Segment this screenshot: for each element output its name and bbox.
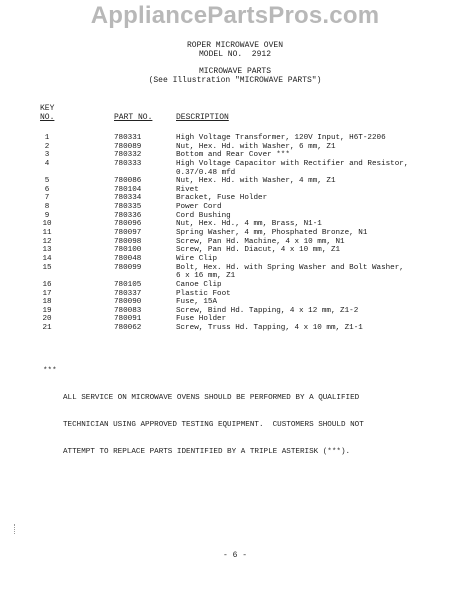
key-cell: 17 xyxy=(40,290,54,299)
table-row: 6 x 16 mm, Z1 xyxy=(0,272,470,281)
header-manufacturer: ROPER MICROWAVE OVEN xyxy=(0,41,470,50)
service-note-line2: TECHNICIAN USING APPROVED TESTING EQUIPM… xyxy=(63,421,364,430)
table-row: 7780334Bracket, Fuse Holder xyxy=(0,194,470,203)
description-cell: Bolt, Hex. Hd. with Spring Washer and Bo… xyxy=(176,264,404,273)
page-number: - 6 - xyxy=(0,551,470,560)
description-cell: Bottom and Rear Cover *** xyxy=(176,151,290,160)
key-cell: 3 xyxy=(40,151,54,160)
part-number-cell: 780083 xyxy=(114,307,141,316)
key-cell: 1 xyxy=(40,134,54,143)
part-number-cell: 780100 xyxy=(114,246,141,255)
key-cell: 12 xyxy=(40,238,54,247)
table-row: 8780335Power Cord xyxy=(0,203,470,212)
table-row: 21780062Screw, Truss Hd. Tapping, 4 x 10… xyxy=(0,324,470,333)
header-section-title: MICROWAVE PARTS xyxy=(0,67,470,76)
table-row: 19780083Screw, Bind Hd. Tapping, 4 x 12 … xyxy=(0,307,470,316)
part-number-cell: 780089 xyxy=(114,143,141,152)
description-cell: Plastic Foot xyxy=(176,290,231,299)
table-row: 15780099Bolt, Hex. Hd. with Spring Washe… xyxy=(0,264,470,273)
column-header-key-line1: KEY xyxy=(40,104,54,113)
description-cell: Screw, Pan Hd. Diacut, 4 x 10 mm, Z1 xyxy=(176,246,340,255)
key-cell: 21 xyxy=(40,324,54,333)
description-cell: Fuse, 15A xyxy=(176,298,217,307)
description-cell: High Voltage Transformer, 120V Input, H6… xyxy=(176,134,386,143)
key-cell: 16 xyxy=(40,281,54,290)
part-number-cell: 780062 xyxy=(114,324,141,333)
part-number-cell: 780091 xyxy=(114,315,141,324)
key-cell: 11 xyxy=(40,229,54,238)
key-cell: 7 xyxy=(40,194,54,203)
service-note-line1: ALL SERVICE ON MICROWAVE OVENS SHOULD BE… xyxy=(63,394,364,403)
part-number-cell: 780104 xyxy=(114,186,141,195)
key-cell: 9 xyxy=(40,212,54,221)
description-cell: 6 x 16 mm, Z1 xyxy=(176,272,235,281)
key-cell: 6 xyxy=(40,186,54,195)
part-number-cell: 780048 xyxy=(114,255,141,264)
table-row: 14780048Wire Clip xyxy=(0,255,470,264)
table-row: 16780105Canoe Clip xyxy=(0,281,470,290)
description-cell: Nut, Hex. Hd. with Washer, 6 mm, Z1 xyxy=(176,143,336,152)
description-cell: Rivet xyxy=(176,186,199,195)
description-cell: Screw, Bind Hd. Tapping, 4 x 12 mm, Z1-2 xyxy=(176,307,358,316)
description-cell: 0.37/0.48 mfd xyxy=(176,169,235,178)
table-row: 4780333High Voltage Capacitor with Recti… xyxy=(0,160,470,169)
description-cell: Power Cord xyxy=(176,203,222,212)
table-row: 0.37/0.48 mfd xyxy=(0,169,470,178)
table-row: 13780100Screw, Pan Hd. Diacut, 4 x 10 mm… xyxy=(0,246,470,255)
description-cell: Nut, Hex. Hd., 4 mm, Brass, N1-1 xyxy=(176,220,322,229)
service-note-line3: ATTEMPT TO REPLACE PARTS IDENTIFIED BY A… xyxy=(63,448,364,457)
part-number-cell: 780334 xyxy=(114,194,141,203)
key-cell: 14 xyxy=(40,255,54,264)
table-row: 18780090Fuse, 15A xyxy=(0,298,470,307)
part-number-cell: 780332 xyxy=(114,151,141,160)
part-number-cell: 780096 xyxy=(114,220,141,229)
description-cell: Wire Clip xyxy=(176,255,217,264)
table-row: 9780336Cord Bushing xyxy=(0,212,470,221)
part-number-cell: 780337 xyxy=(114,290,141,299)
column-header-description: DESCRIPTION xyxy=(176,113,229,122)
description-cell: Nut, Hex. Hd. with Washer, 4 mm, Z1 xyxy=(176,177,336,186)
table-row: 3780332Bottom and Rear Cover *** xyxy=(0,151,470,160)
key-cell: 4 xyxy=(40,160,54,169)
table-row: 6780104Rivet xyxy=(0,186,470,195)
parts-table: 1780331High Voltage Transformer, 120V In… xyxy=(0,134,470,333)
description-cell: Canoe Clip xyxy=(176,281,222,290)
key-cell: 19 xyxy=(40,307,54,316)
description-cell: Screw, Pan Hd. Machine, 4 x 10 mm, N1 xyxy=(176,238,345,247)
key-cell: 13 xyxy=(40,246,54,255)
part-number-cell: 780105 xyxy=(114,281,141,290)
scan-artifact xyxy=(14,524,17,534)
part-number-cell: 780331 xyxy=(114,134,141,143)
description-cell: Fuse Holder xyxy=(176,315,226,324)
key-cell: 20 xyxy=(40,315,54,324)
key-cell: 10 xyxy=(40,220,54,229)
table-row: 1780331High Voltage Transformer, 120V In… xyxy=(0,134,470,143)
part-number-cell: 780097 xyxy=(114,229,141,238)
table-row: 2780089Nut, Hex. Hd. with Washer, 6 mm, … xyxy=(0,143,470,152)
key-cell: 18 xyxy=(40,298,54,307)
table-row: 10780096Nut, Hex. Hd., 4 mm, Brass, N1-1 xyxy=(0,220,470,229)
part-number-cell: 780098 xyxy=(114,238,141,247)
table-row: 5780086Nut, Hex. Hd. with Washer, 4 mm, … xyxy=(0,177,470,186)
key-cell: 2 xyxy=(40,143,54,152)
site-watermark: AppliancePartsPros.com xyxy=(0,2,470,30)
column-header-key-line2: NO. xyxy=(40,113,54,122)
table-row: 11780097Spring Washer, 4 mm, Phosphated … xyxy=(0,229,470,238)
table-row: 12780098Screw, Pan Hd. Machine, 4 x 10 m… xyxy=(0,238,470,247)
header-model: MODEL NO. 2912 xyxy=(0,50,470,59)
description-cell: High Voltage Capacitor with Rectifier an… xyxy=(176,160,408,169)
triple-asterisk-marker: *** xyxy=(43,367,57,376)
description-cell: Screw, Truss Hd. Tapping, 4 x 10 mm, Z1-… xyxy=(176,324,363,333)
part-number-cell: 780333 xyxy=(114,160,141,169)
table-row: 20780091Fuse Holder xyxy=(0,315,470,324)
description-cell: Cord Bushing xyxy=(176,212,231,221)
description-cell: Bracket, Fuse Holder xyxy=(176,194,267,203)
key-cell: 5 xyxy=(40,177,54,186)
part-number-cell: 780090 xyxy=(114,298,141,307)
table-row: 17780337Plastic Foot xyxy=(0,290,470,299)
key-cell: 8 xyxy=(40,203,54,212)
header-illustration-ref: (See Illustration "MICROWAVE PARTS") xyxy=(0,76,470,85)
part-number-cell: 780086 xyxy=(114,177,141,186)
part-number-cell: 780099 xyxy=(114,264,141,273)
description-cell: Spring Washer, 4 mm, Phosphated Bronze, … xyxy=(176,229,367,238)
column-header-part-no: PART NO. xyxy=(114,113,152,122)
service-note: *** ALL SERVICE ON MICROWAVE OVENS SHOUL… xyxy=(63,367,364,466)
key-cell: 15 xyxy=(40,264,54,273)
part-number-cell: 780335 xyxy=(114,203,141,212)
part-number-cell: 780336 xyxy=(114,212,141,221)
